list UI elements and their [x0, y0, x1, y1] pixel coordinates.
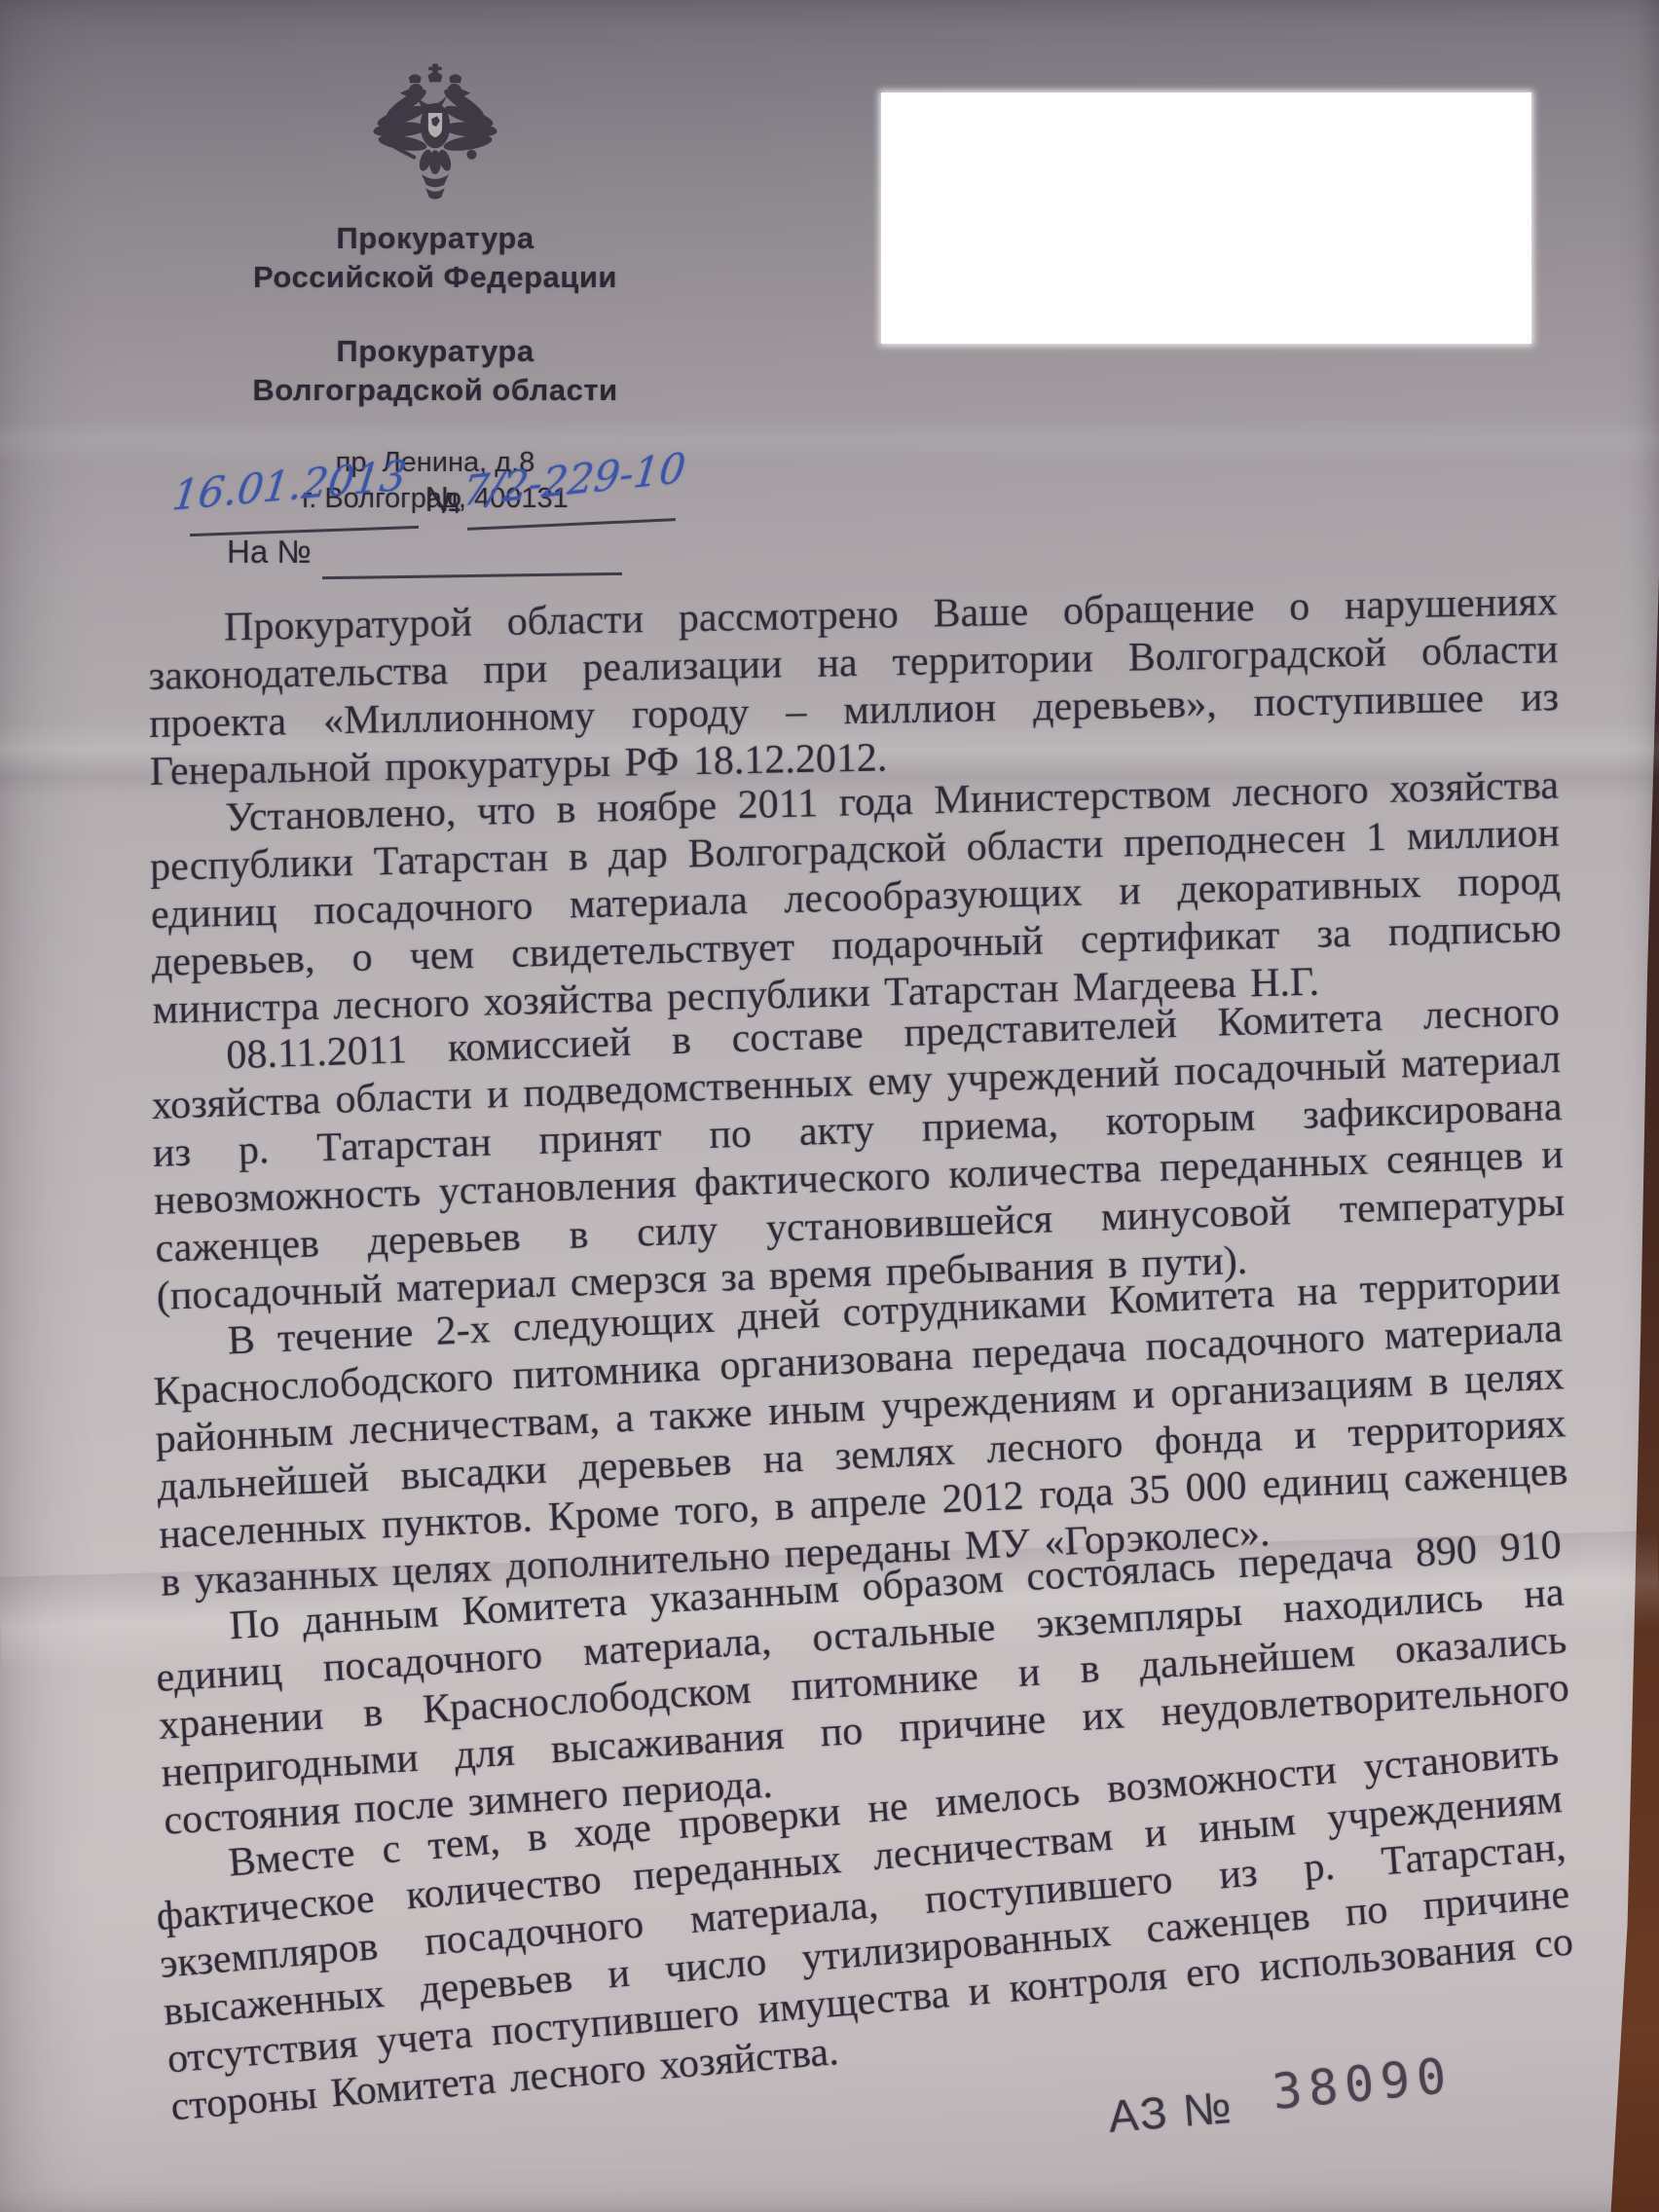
reply-to-number-label: На №: [227, 534, 312, 571]
number-sign: №: [424, 479, 462, 520]
redaction-box: [881, 92, 1531, 344]
org-name-region-line1: Прокуратура: [143, 332, 727, 371]
document-photo: Прокуратура Российской Федерации Прокура…: [0, 0, 1659, 2212]
letter-paragraph: Установлено, что в ноябре 2011 года Мини…: [149, 762, 1563, 1035]
org-name-federation-line2: Российской Федерации: [143, 258, 727, 297]
letter-paragraph: Прокуратурой области рассмотрено Ваше об…: [148, 578, 1560, 796]
org-name-federation-line1: Прокуратура: [143, 219, 727, 258]
reply-reference-row: На №: [143, 534, 688, 592]
coat-of-arms-icon: [366, 62, 504, 206]
letterhead: Прокуратура Российской Федерации Прокура…: [143, 0, 727, 517]
reply-number-underline: [322, 572, 622, 579]
letter-body: Прокуратурой области рассмотрено Ваше об…: [148, 583, 1571, 2132]
org-name-region-line2: Волгоградской области: [143, 371, 727, 410]
number-underline: [467, 518, 676, 531]
stamp-series-label: АЗ №: [1107, 2081, 1235, 2143]
handwritten-date: 16.01.2013: [169, 451, 409, 520]
